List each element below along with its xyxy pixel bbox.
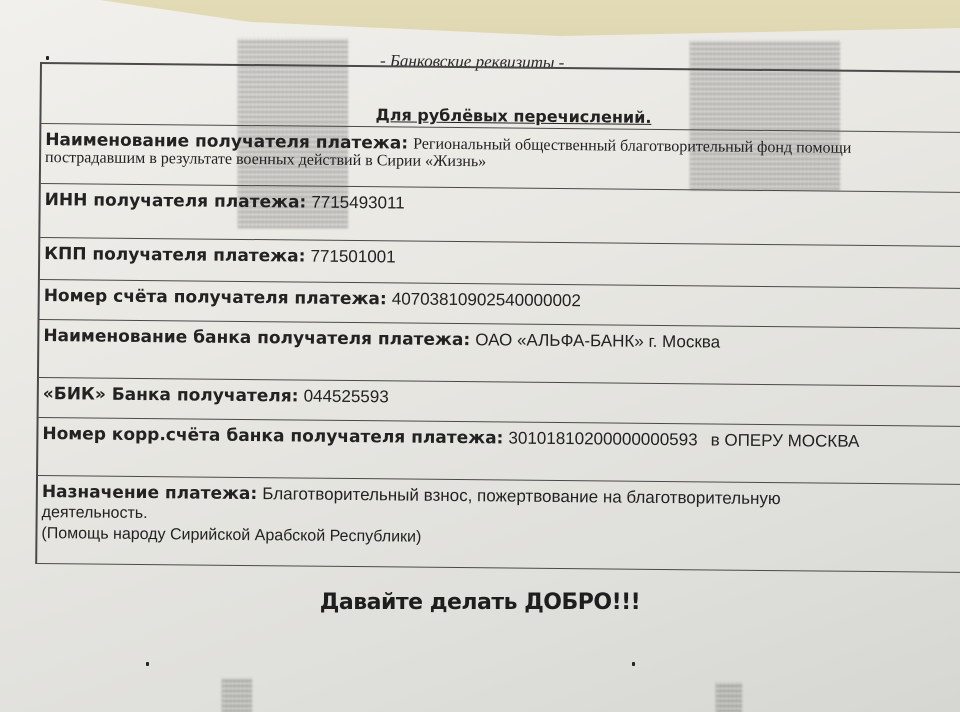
field-value-suffix: в ОПЕРУ МОСКВА: [711, 430, 860, 450]
table-row-payment-purpose: Назначение платежа: Благотворительный вз…: [37, 476, 960, 573]
field-label: Наименование банка получателя платежа:: [43, 326, 470, 350]
table-row-recipient-name: Наименование получателя платежа: Региона…: [41, 124, 960, 193]
subheader-ruble-transfers: Для рублёвых перечислений.: [45, 70, 960, 130]
field-label: ИНН получателя платежа:: [45, 190, 307, 213]
field-value: 771501001: [310, 247, 395, 267]
table-subheader-row: Для рублёвых перечислений.: [41, 64, 960, 133]
table-row-corr-account: Номер корр.счёта банка получателя платеж…: [38, 418, 960, 485]
field-value: 044525593: [304, 387, 389, 407]
field-value: 40703810902540000002: [392, 289, 581, 310]
field-value: 7715493011: [311, 193, 404, 213]
toner-smudge: [222, 678, 252, 712]
field-label: Назначение платежа:: [42, 482, 258, 504]
table-row-bank-name: Наименование банка получателя платежа: О…: [39, 320, 960, 387]
field-label: Номер счёта получателя платежа:: [44, 286, 387, 309]
field-value: ОАО «АЛЬФА-БАНК» г. Москва: [475, 330, 720, 351]
slogan: Давайте делать ДОБРО!!!: [300, 590, 660, 615]
speck: [632, 662, 635, 666]
field-value: 30101810200000000593: [508, 429, 697, 450]
field-label: Номер корр.счёта банка получателя платеж…: [42, 424, 503, 448]
speck: [46, 56, 49, 60]
table-row-inn: ИНН получателя платежа: 7715493011: [40, 184, 960, 247]
field-label: «БИК» Банка получателя:: [43, 384, 299, 406]
field-label: КПП получателя платежа:: [44, 244, 305, 267]
toner-smudge: [716, 682, 742, 712]
speck: [146, 662, 149, 666]
bank-details-table: Для рублёвых перечислений. Наименование …: [35, 62, 960, 573]
field-value: Благотворительный взнос, пожертвование н…: [262, 484, 781, 508]
